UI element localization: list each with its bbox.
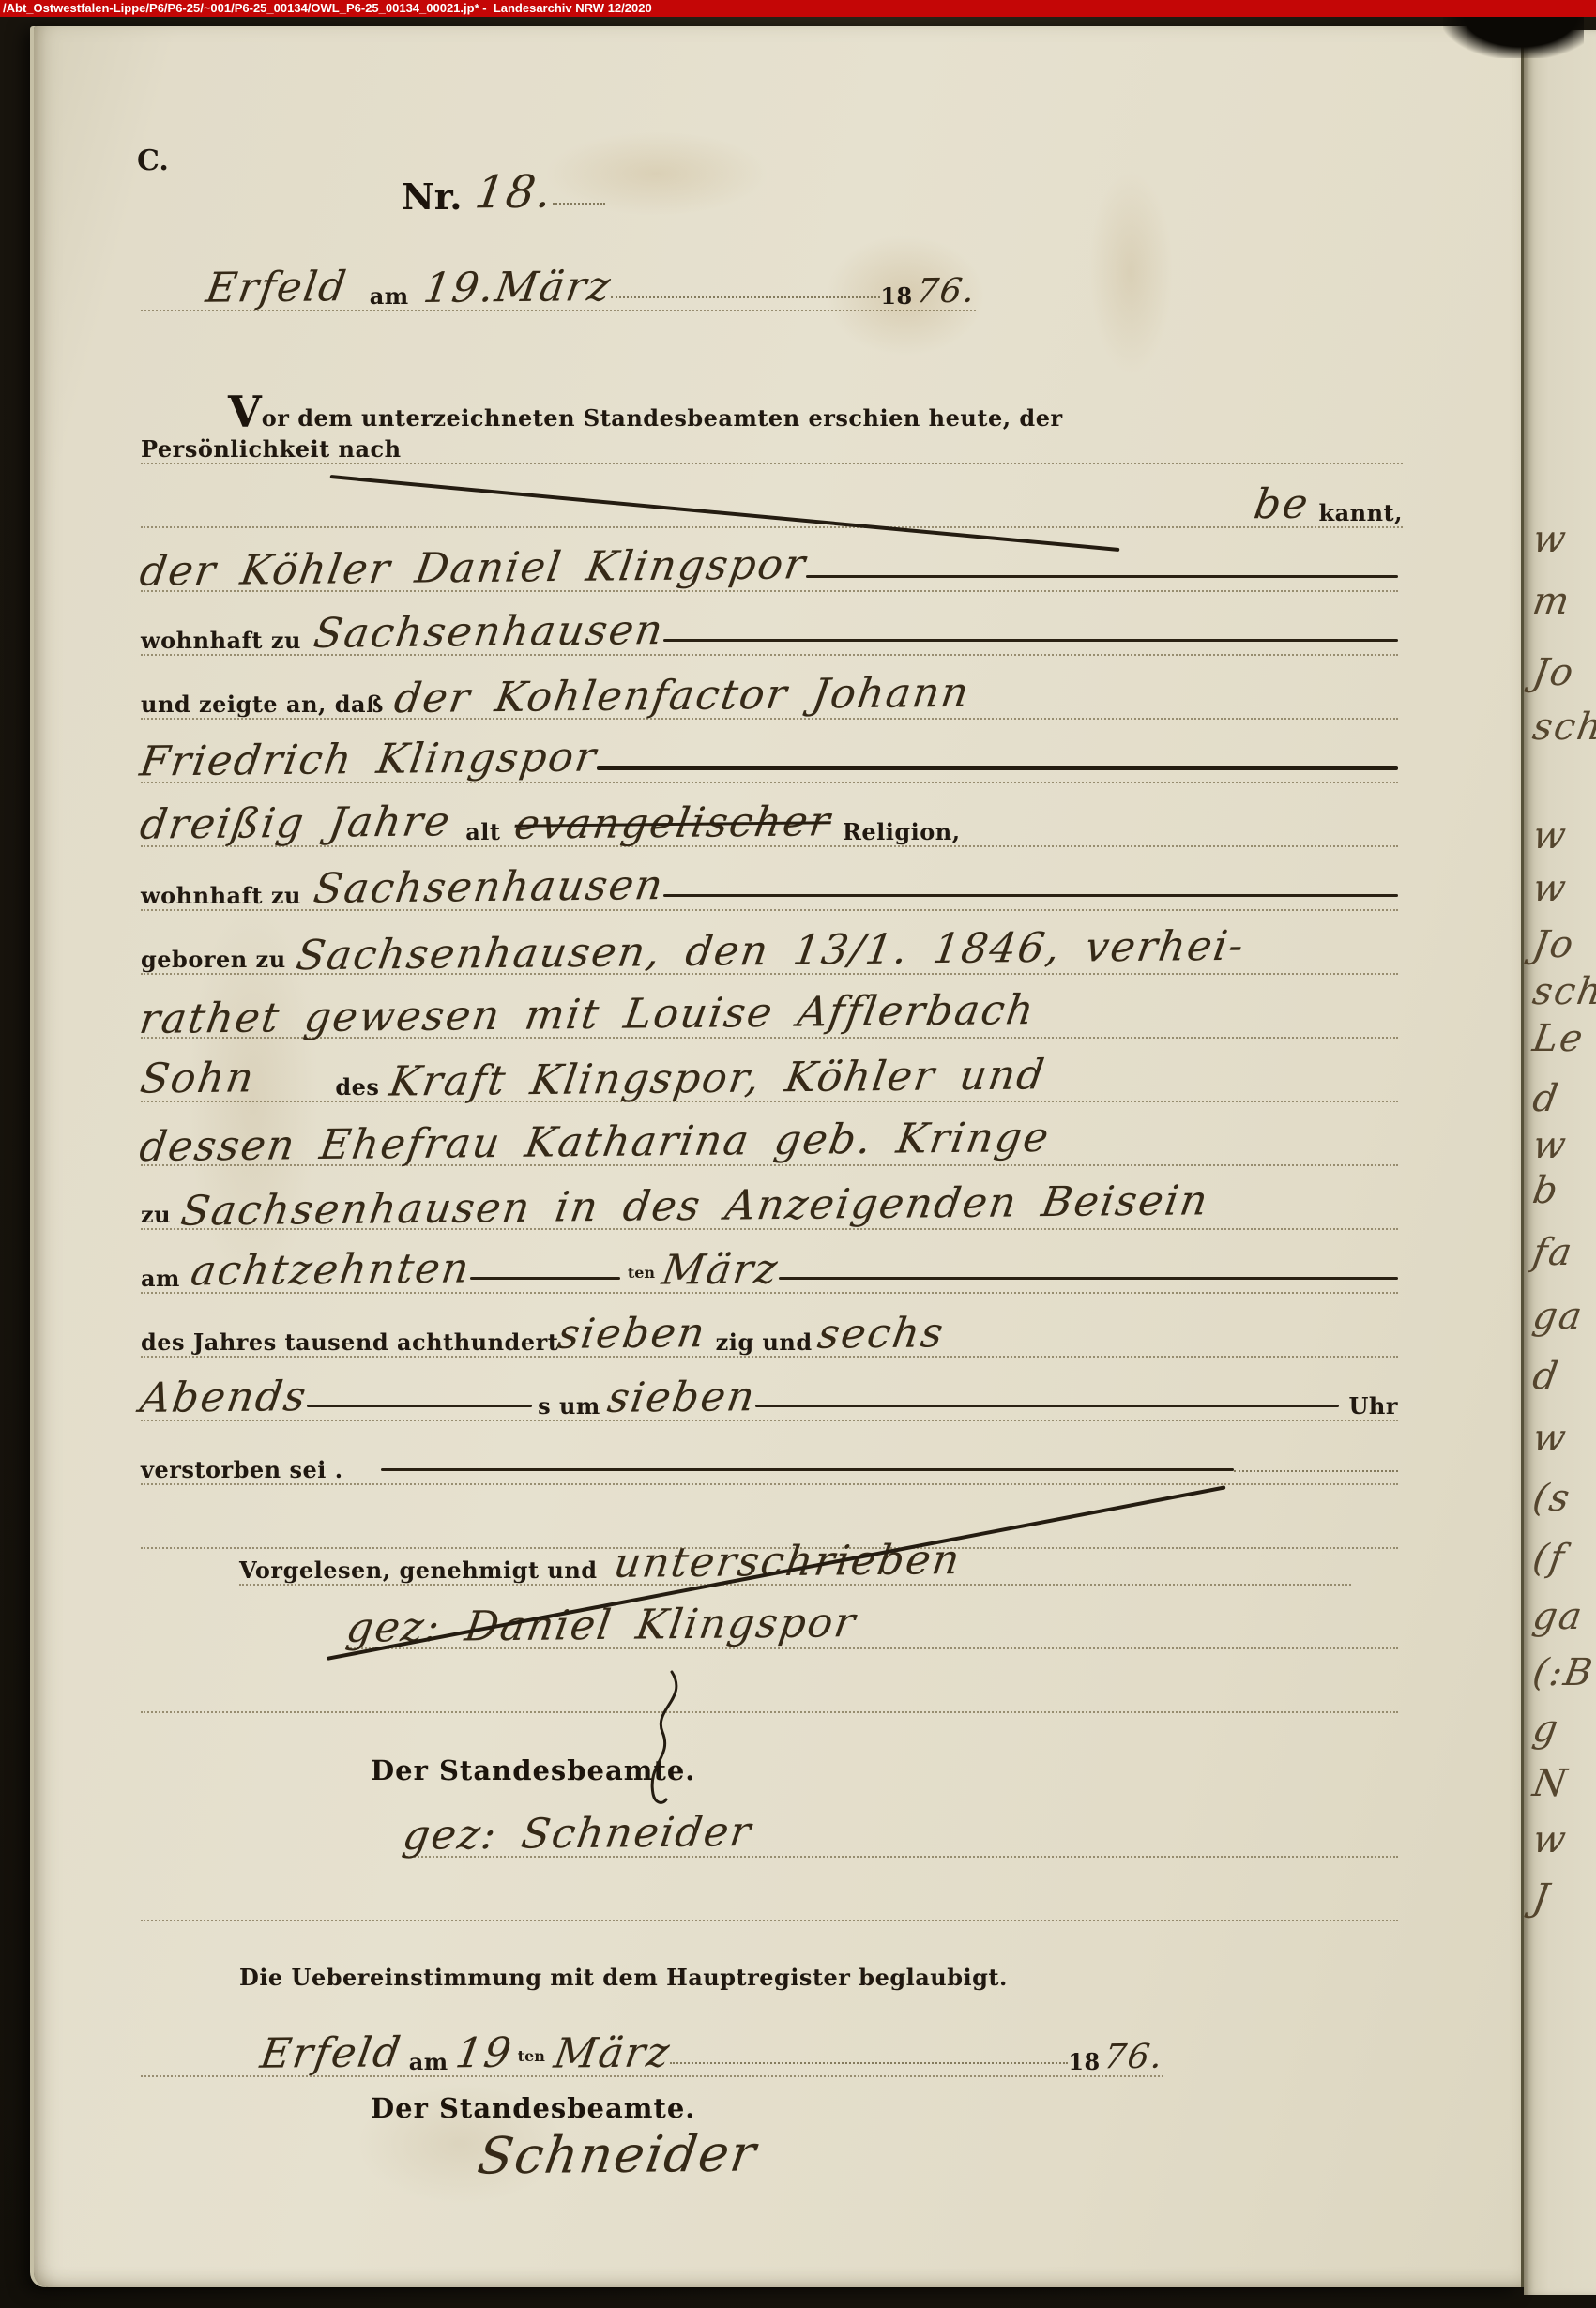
form-row: dreißig JahrealtevangelischerReligion,	[141, 789, 1398, 847]
facing-page-text-fragment: Jo	[1529, 923, 1577, 966]
facing-page-text-fragment: (s	[1529, 1477, 1573, 1520]
mother-line: dessen Ehefrau Katharina geb. Kringe	[137, 1116, 1053, 1169]
form-religion: Religion,	[843, 820, 961, 845]
seg-fx	[969, 717, 1398, 718]
form-deceased: verstorben sei .	[141, 1458, 343, 1483]
seg-g	[141, 2074, 261, 2075]
form-ten-2: ten	[518, 2049, 545, 2064]
form-row: verstorben sei .	[141, 1427, 1398, 1485]
facing-page-text-fragment: w	[1529, 1124, 1571, 1167]
form-row: Nr.18.	[402, 150, 605, 216]
form-row: der Köhler Daniel Klingspor	[141, 534, 1398, 592]
form-closing: Vorgelesen, genehmigt und	[239, 1558, 598, 1584]
form-row: Die Uebereinstimmung mit dem Hauptregist…	[239, 1946, 1008, 1991]
seg-ft	[597, 766, 1398, 770]
form-row: zuSachsenhausen in des Anzeigenden Beise…	[141, 1172, 1398, 1230]
facing-page-text-fragment: w	[1529, 1818, 1571, 1861]
death-place-line: Sachsenhausen in des Anzeigenden Beisein	[178, 1179, 1212, 1234]
form-row: Abendss umsiebenUhr	[141, 1363, 1398, 1421]
facing-page-text-fragment: sch	[1529, 970, 1596, 1013]
form-row: C.	[137, 118, 169, 176]
form-row: des Jahres tausend achthundertsiebenzig …	[141, 1299, 1398, 1358]
seg-fx	[1045, 1100, 1398, 1101]
seg-g	[1309, 525, 1318, 526]
certification-day: 19	[452, 2031, 515, 2075]
form-row: Vorgelesen, genehmigt undunterschrieben	[239, 1527, 1351, 1586]
form-row: Erfeldam19.März1876.	[141, 251, 976, 311]
death-hour: sieben	[604, 1375, 758, 1420]
seg-fx	[141, 1919, 1398, 1920]
form-residence-2: wohnhaft zu	[141, 884, 301, 909]
form-kannt: kannt,	[1318, 501, 1403, 526]
titlebar-archive-name: Landesarchiv NRW	[494, 1, 604, 15]
declarant-residence: Sachsenhausen	[311, 609, 667, 656]
deceased-age: dreißig Jahre	[137, 800, 454, 847]
seg-g	[1339, 1419, 1348, 1420]
seg-fx	[1243, 972, 1398, 973]
seg-fx	[141, 525, 1254, 526]
form-row: Schneider	[479, 2117, 756, 2182]
seg-fs	[779, 1277, 1398, 1280]
form-uhr: Uhr	[1348, 1394, 1398, 1420]
form-zu: zu	[141, 1203, 171, 1228]
form-row: dessen Ehefrau Katharina geb. Kringe	[141, 1108, 1398, 1166]
facing-page-text-fragment: w	[1529, 518, 1571, 561]
seg-g	[141, 309, 206, 310]
facing-page-text-fragment: ga	[1529, 1295, 1587, 1338]
form-row: gez: Schneider	[403, 1798, 1398, 1858]
seg-fs	[307, 1405, 532, 1407]
form-row: geboren zuSachsenhausen, den 13/1. 1846,…	[141, 917, 1398, 975]
form-row: Friedrich Klingspor	[141, 725, 1398, 783]
seg-fx	[960, 1583, 1351, 1584]
deceased-religion: evangelischer	[512, 800, 835, 847]
relation-word: Sohn	[137, 1056, 257, 1101]
seg-g	[831, 844, 843, 845]
seg-g	[254, 1100, 335, 1101]
form-identity: Persönlichkeit nach	[141, 437, 402, 463]
seg-fs	[663, 894, 1398, 897]
record-year: 76.	[914, 274, 979, 310]
hand-be: be	[1252, 483, 1313, 527]
seg-fs	[806, 575, 1398, 578]
spouse-line: rathet gewesen mit Louise Afflerbach	[137, 989, 1038, 1041]
certification-line: Die Uebereinstimmung mit dem Hauptregist…	[239, 1966, 1008, 1991]
seg-g	[347, 309, 370, 310]
form-row: wohnhaft zuSachsenhausen	[141, 598, 1398, 656]
corner-letter: C.	[137, 145, 169, 176]
seg-fx	[1049, 1163, 1398, 1164]
form-row	[141, 1655, 1398, 1713]
seg-fd	[611, 296, 880, 298]
record-day-month: 19.März	[420, 266, 615, 311]
record-number: 18.	[472, 168, 556, 216]
form-alt: alt	[465, 820, 500, 845]
form-row: Persönlichkeit nach	[141, 406, 1403, 464]
seg-fx	[944, 1355, 1398, 1356]
deceased-title: der Kohlenfactor Johann	[391, 672, 973, 721]
seg-g	[450, 844, 465, 845]
facing-page-text-fragment: w	[1529, 867, 1571, 910]
facing-page-text-fragment: w	[1529, 1417, 1571, 1460]
seg-g	[343, 1482, 381, 1483]
deceased-residence: Sachsenhausen	[311, 864, 667, 911]
number-label: Nr.	[402, 178, 463, 216]
printed-century: 18	[880, 284, 912, 310]
form-born: geboren zu	[141, 948, 286, 973]
form-residence: wohnhaft zu	[141, 629, 301, 654]
facing-page-text-fragment: sch	[1529, 706, 1596, 749]
seg-fx	[856, 1647, 1398, 1647]
seg-fs	[470, 1277, 620, 1280]
facing-page-text-fragment: w	[1529, 814, 1571, 858]
titlebar-separator: -	[479, 1, 494, 15]
form-row: rathet gewesen mit Louise Afflerbach	[141, 980, 1398, 1039]
form-s-um: s um	[538, 1394, 600, 1420]
seg-fs	[663, 639, 1398, 642]
seg-fx	[141, 1710, 1398, 1711]
seg-g	[707, 1355, 716, 1356]
facing-page-text-fragment: m	[1529, 580, 1573, 623]
place-registered: Erfeld	[203, 266, 350, 311]
titlebar-date: 12/2020	[608, 1, 652, 15]
form-am-3: am	[409, 2050, 448, 2075]
seg-fd	[1234, 1470, 1398, 1472]
certification-year: 76.	[1102, 2040, 1166, 2075]
year-ones: sechs	[814, 1312, 947, 1357]
seg-fx	[402, 462, 1403, 463]
form-row: wohnhaft zuSachsenhausen	[141, 853, 1398, 911]
facing-page-text-fragment: (f	[1529, 1537, 1569, 1580]
year-tens: sieben	[555, 1312, 709, 1357]
form-zig-und: zig und	[716, 1330, 813, 1356]
seg-fs	[755, 1405, 1339, 1407]
signature-registrar: gez: Schneider	[400, 1811, 754, 1858]
signature-declarant: gez: Daniel Klingspor	[343, 1602, 859, 1650]
form-year: des Jahres tausend achthundert	[141, 1330, 558, 1356]
facing-page-text-fragment: N	[1529, 1762, 1571, 1805]
titlebar-file-path: /Abt_Ostwestfalen-Lippe/P6/P6-25/~001/P6…	[3, 1, 479, 15]
form-row	[141, 1863, 1398, 1921]
death-month: März	[660, 1248, 783, 1292]
facing-page-text-fragment: Jo	[1529, 651, 1577, 694]
death-day: achtzehnten	[188, 1247, 473, 1293]
form-declaration: und zeigte an, daß	[141, 692, 384, 718]
seg-g	[620, 1291, 628, 1292]
form-row: Erfeldam19tenMärz1876.	[141, 2017, 1163, 2077]
deceased-name: Friedrich Klingspor	[137, 736, 600, 783]
declarant-name: der Köhler Daniel Klingspor	[137, 543, 810, 594]
window-titlebar: /Abt_Ostwestfalen-Lippe/P6/P6-25/~001/P6…	[0, 0, 1596, 17]
seg-fx	[1034, 1036, 1398, 1037]
seg-fx	[961, 844, 1398, 845]
seg-fx	[752, 1855, 1398, 1856]
form-am-2: am	[141, 1267, 180, 1292]
printed-am: am	[370, 284, 409, 310]
death-record-form: C.Nr.18.Erfeldam19.März1876.Vor dem unte…	[0, 0, 1596, 2308]
form-row: gez: Daniel Klingspor	[347, 1591, 1398, 1649]
signature-bottom: Schneider	[475, 2128, 761, 2184]
seg-g	[512, 2074, 518, 2075]
form-ten: ten	[628, 1266, 655, 1281]
seg-g	[402, 2074, 409, 2075]
pen-flourish	[634, 1668, 694, 1809]
seg-fs	[381, 1468, 1234, 1471]
facing-page-text-fragment: (:B	[1529, 1651, 1596, 1694]
form-row: SohndesKraft Klingspor, Köhler und	[141, 1044, 1398, 1102]
certification-place: Erfeld	[257, 2031, 404, 2076]
printed-century-2: 18	[1068, 2050, 1100, 2075]
form-des: des	[335, 1075, 379, 1101]
facing-page-text-fragment: ga	[1529, 1595, 1587, 1638]
form-row: und zeigte an, daßder Kohlenfactor Johan…	[141, 661, 1398, 720]
archive-scan-viewer: { "titlebar": { "path": "/Abt_Ostwestfal…	[0, 0, 1596, 2308]
birth-line: Sachsenhausen, den 13/1. 1846, verhei-	[293, 925, 1247, 979]
time-of-day: Abends	[137, 1375, 310, 1420]
facing-page-text-fragment: fa	[1529, 1231, 1576, 1274]
form-row: amachtzehntentenMärz	[141, 1236, 1398, 1294]
seg-fx	[1208, 1227, 1398, 1228]
seg-fd	[670, 2062, 1068, 2064]
father-line: Kraft Klingspor, Köhler und	[387, 1054, 1048, 1103]
seg-fd	[553, 203, 605, 205]
certification-month: März	[551, 2031, 674, 2075]
facing-page-text-fragment: Le	[1529, 1017, 1588, 1060]
